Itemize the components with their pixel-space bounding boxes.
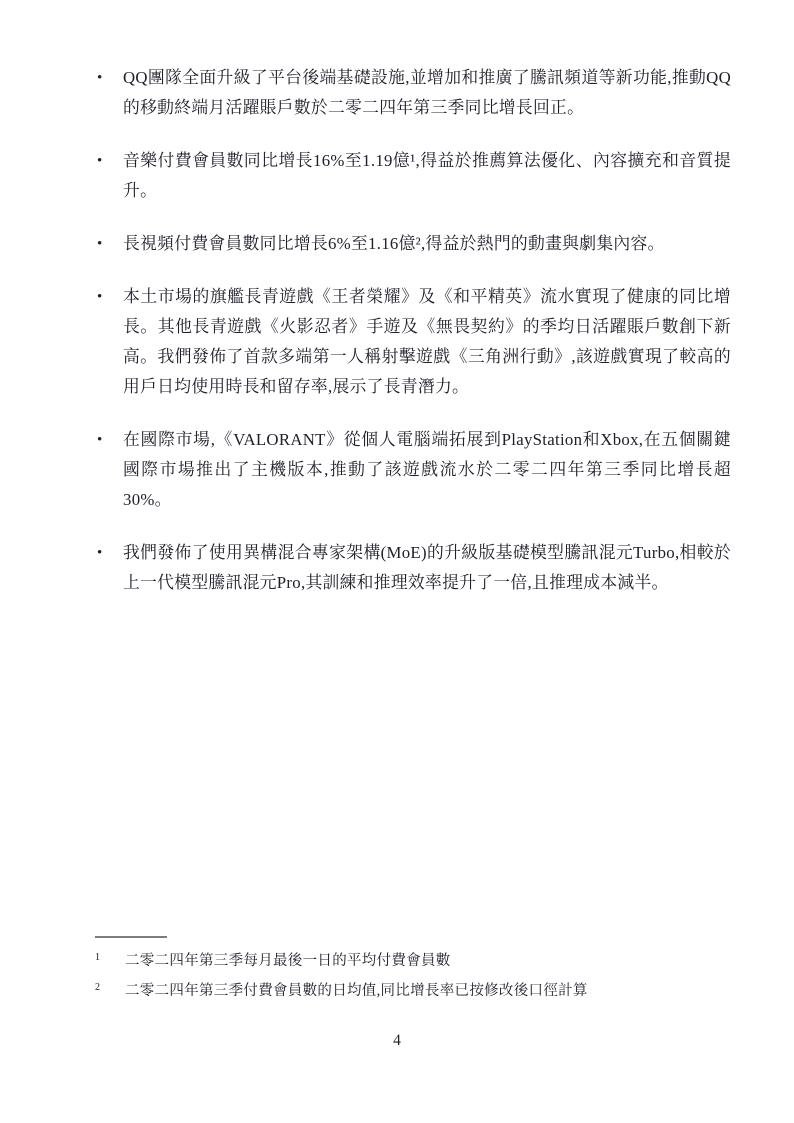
bullet-icon: • (97, 63, 102, 93)
footnotes-section: 1 二零二四年第三季每月最後一日的平均付費會員數 2 二零二四年第三季付費會員數… (95, 936, 731, 1006)
bullet-icon: • (97, 425, 102, 455)
bullet-item-international-games: • 在國際市場,《VALORANT》從個人電腦端拓展到PlayStation和X… (95, 425, 731, 515)
bullet-text: 我們發佈了使用異構混合專家架構(MoE)的升級版基礎模型騰訊混元Turbo,相較… (123, 543, 731, 592)
bullet-icon: • (97, 538, 102, 568)
bullet-item-domestic-games: • 本土市場的旗艦長青遊戲《王者榮耀》及《和平精英》流水實現了健康的同比增長。其… (95, 282, 731, 402)
footnote-text: 二零二四年第三季付費會員數的日均值,同比增長率已按修改後口徑計算 (125, 976, 731, 1006)
footnote-text: 二零二四年第三季每月最後一日的平均付費會員數 (125, 946, 731, 976)
bullet-item-qq: • QQ團隊全面升級了平台後端基礎設施,並增加和推廣了騰訊頻道等新功能,推動QQ… (95, 63, 731, 123)
bullet-item-hunyuan-model: • 我們發佈了使用異構混合專家架構(MoE)的升級版基礎模型騰訊混元Turbo,… (95, 538, 731, 598)
footnote-marker: 2 (95, 976, 125, 993)
bullet-icon: • (97, 282, 102, 312)
bullet-text: 本土市場的旗艦長青遊戲《王者榮耀》及《和平精英》流水實現了健康的同比增長。其他長… (123, 287, 731, 396)
footnote-2: 2 二零二四年第三季付費會員數的日均值,同比增長率已按修改後口徑計算 (95, 976, 731, 1006)
bullet-icon: • (97, 146, 102, 176)
footnote-marker: 1 (95, 946, 125, 963)
bullet-text: QQ團隊全面升級了平台後端基礎設施,並增加和推廣了騰訊頻道等新功能,推動QQ的移… (123, 68, 731, 117)
bullet-item-music: • 音樂付費會員數同比增長16%至1.19億¹,得益於推薦算法優化、內容擴充和音… (95, 146, 731, 206)
bullet-item-long-video: • 長視頻付費會員數同比增長6%至1.16億²,得益於熱門的動畫與劇集內容。 (95, 229, 731, 259)
bullet-text: 長視頻付費會員數同比增長6%至1.16億²,得益於熱門的動畫與劇集內容。 (123, 234, 665, 253)
document-page: • QQ團隊全面升級了平台後端基礎設施,並增加和推廣了騰訊頻道等新功能,推動QQ… (0, 0, 794, 1123)
bullet-icon: • (97, 229, 102, 259)
bullet-text: 在國際市場,《VALORANT》從個人電腦端拓展到PlayStation和Xbo… (123, 430, 731, 509)
bullet-list: • QQ團隊全面升級了平台後端基礎設施,並增加和推廣了騰訊頻道等新功能,推動QQ… (95, 63, 731, 621)
bullet-text: 音樂付費會員數同比增長16%至1.19億¹,得益於推薦算法優化、內容擴充和音質提… (123, 151, 731, 200)
footnote-divider (95, 936, 167, 938)
footnote-1: 1 二零二四年第三季每月最後一日的平均付費會員數 (95, 946, 731, 976)
page-number: 4 (0, 1030, 794, 1052)
